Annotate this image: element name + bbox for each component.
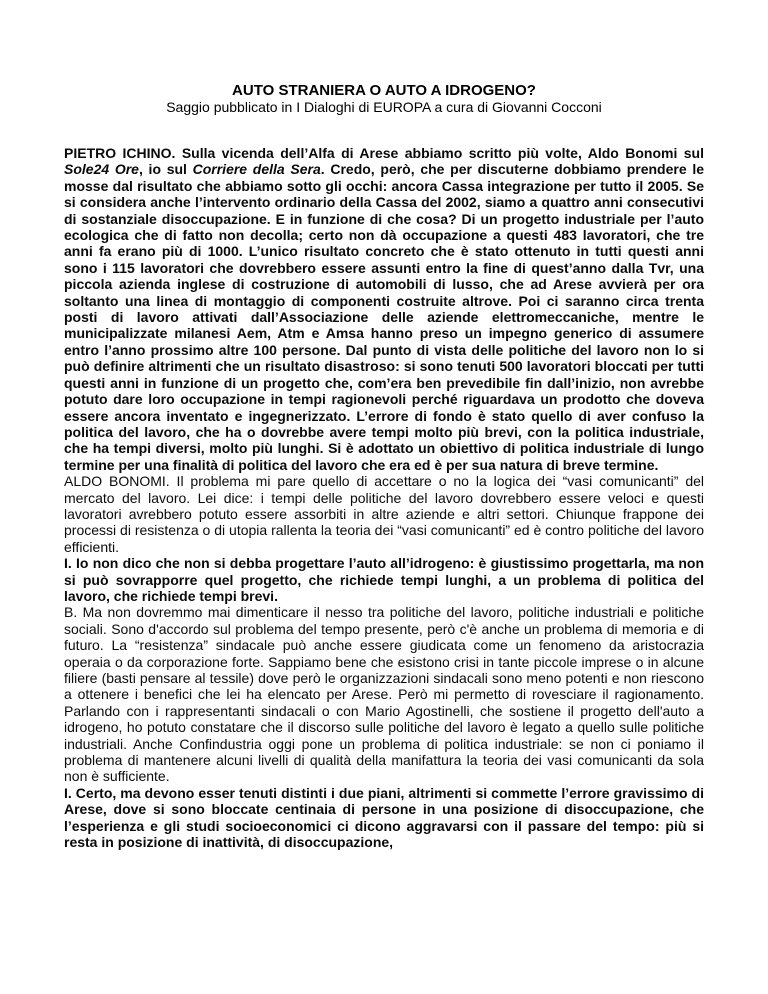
paragraph-segment: ALDO BONOMI. Il problema mi pare quello … bbox=[64, 473, 704, 555]
paragraph-segment: . Credo, però, che per discuterne dobbia… bbox=[64, 161, 704, 472]
document-body: PIETRO ICHINO. Sulla vicenda dell’Alfa d… bbox=[64, 145, 704, 850]
paragraph-segment: PIETRO ICHINO. Sulla vicenda dell’Alfa d… bbox=[64, 145, 704, 161]
paragraph: I. Certo, ma devono esser tenuti distint… bbox=[64, 785, 704, 851]
paragraph-segment: B. Ma non dovremmo mai dimenticare il ne… bbox=[64, 604, 704, 784]
paragraph-segment: I. Io non dico che non si debba progetta… bbox=[64, 555, 704, 604]
document-page: AUTO STRANIERA O AUTO A IDROGENO? Saggio… bbox=[0, 0, 768, 994]
paragraph: ALDO BONOMI. Il problema mi pare quello … bbox=[64, 473, 704, 555]
paragraph-segment-italic: Corriere della Sera bbox=[193, 161, 321, 177]
document: AUTO STRANIERA O AUTO A IDROGENO? Saggio… bbox=[64, 82, 704, 850]
paragraph-segment: , io sul bbox=[139, 161, 193, 177]
paragraph: I. Io non dico che non si debba progetta… bbox=[64, 555, 704, 604]
paragraph-segment-italic: Sole24 Ore bbox=[64, 161, 139, 177]
document-title: AUTO STRANIERA O AUTO A IDROGENO? bbox=[64, 82, 704, 99]
paragraph-segment: I. Certo, ma devono esser tenuti distint… bbox=[64, 785, 704, 850]
document-subtitle: Saggio pubblicato in I Dialoghi di EUROP… bbox=[64, 99, 704, 116]
paragraph: PIETRO ICHINO. Sulla vicenda dell’Alfa d… bbox=[64, 145, 704, 473]
paragraph: B. Ma non dovremmo mai dimenticare il ne… bbox=[64, 604, 704, 784]
